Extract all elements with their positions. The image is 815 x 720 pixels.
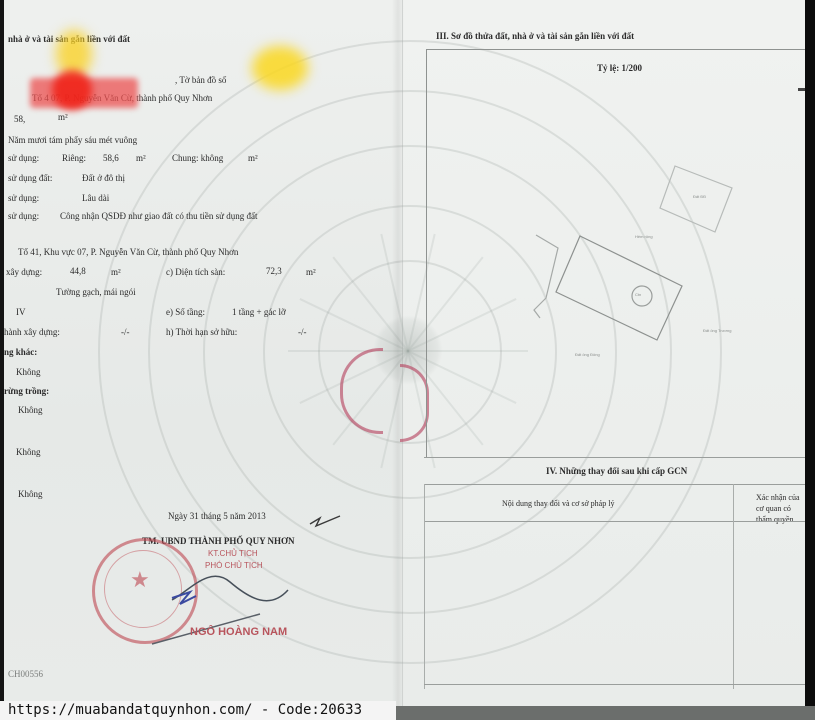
use-form-label: sử dụng:: [8, 153, 39, 163]
notes-value: Không: [18, 489, 43, 499]
floor-area-label: c) Diện tích sàn:: [166, 267, 225, 277]
house-address: Tổ 41, Khu vực 07, P. Nguyễn Văn Cừ, thà…: [18, 247, 238, 257]
build-year-value: -/-: [121, 327, 130, 337]
redaction-mark: [52, 70, 92, 110]
table-header-changes: Nội dung thay đổi và cơ sở pháp lý: [502, 499, 614, 508]
floors-value: 1 tầng + gác lỡ: [232, 307, 286, 317]
table-bottom-border: [424, 684, 805, 685]
grade-value: IV: [16, 307, 26, 317]
certificate-photo: nhà ở và tài sản gắn liền với đất , Tờ b…: [0, 0, 805, 706]
table-top-border: [424, 484, 805, 485]
signature-icon: [150, 570, 310, 650]
ownership-term-value: -/-: [298, 327, 307, 337]
section-3-title: III. Sơ đồ thửa đất, nhà ở và tài sản gắ…: [436, 31, 634, 41]
land-purpose-value: Đất ở đô thị: [82, 173, 125, 183]
north-arrow-icon: [798, 88, 805, 91]
neighbor-parcel-outline: [660, 166, 732, 232]
redaction-mark: [252, 46, 308, 90]
area-in-words: Năm mươi tám phẩy sáu mét vuông: [8, 135, 137, 145]
photo-border-right: [805, 0, 815, 720]
origin-label: sử dụng:: [8, 211, 39, 221]
use-form-private-label: Riêng:: [62, 153, 86, 163]
photo-border-left: [0, 0, 4, 706]
watermark-url: https://muabandatquynhon.com/ - Code:206…: [0, 701, 396, 720]
land-parcel-outline: [556, 236, 682, 340]
drum-ray: [288, 350, 408, 352]
planted-forest-value: Không: [18, 405, 43, 415]
building-area-value: 44,8: [70, 266, 86, 276]
svg-text:Đất ông Trương: Đất ông Trương: [703, 328, 731, 333]
perennial-value: Không: [16, 447, 41, 457]
date-check-mark-icon: [300, 510, 350, 530]
structure-value: Tường gạch, mái ngói: [56, 287, 136, 297]
use-form-private-unit: m²: [136, 153, 146, 163]
svg-text:Ctn: Ctn: [635, 292, 641, 297]
signer-title-1: KT.CHỦ TỊCH: [208, 549, 258, 558]
scale-label: Tỷ lệ: 1/200: [597, 63, 642, 73]
other-construction-label: ng khác:: [4, 347, 37, 357]
use-form-private-value: 58,6: [103, 153, 119, 163]
svg-text:Đất ông Đông: Đất ông Đông: [575, 352, 600, 357]
floors-label: e) Số tầng:: [166, 307, 205, 317]
signer-title-2: PHÓ CHỦ TỊCH: [205, 561, 263, 570]
table-header-divider: [424, 521, 805, 522]
use-form-shared-label: Chung: không: [172, 153, 223, 163]
signing-date: Ngày 31 tháng 5 năm 2013: [168, 511, 266, 521]
table-column-divider: [733, 484, 734, 689]
area-value: 58,: [14, 114, 25, 124]
diagram-bottom-border: [424, 457, 805, 458]
section-4-title: IV. Những thay đổi sau khi cấp GCN: [546, 466, 687, 476]
area-unit: m²: [58, 112, 68, 122]
map-sheet-label: , Tờ bản đồ số: [175, 75, 226, 85]
origin-value: Công nhận QSDĐ như giao đất có thu tiền …: [60, 211, 258, 221]
use-term-value: Lâu dài: [82, 193, 109, 203]
other-construction-value: Không: [16, 367, 41, 377]
plot-diagram: Ctn Đất ĐĐ Hẻm rộng Đất ông Trương Đất ô…: [520, 140, 800, 370]
svg-text:Hẻm rộng: Hẻm rộng: [635, 234, 653, 239]
land-purpose-label: sử dụng đất:: [8, 173, 52, 183]
planted-forest-label: rừng trồng:: [4, 386, 49, 396]
build-year-label: hành xây dựng:: [4, 327, 60, 337]
use-form-shared-unit: m²: [248, 153, 258, 163]
signer-name: NGÔ HOÀNG NAM: [190, 626, 287, 638]
ownership-term-label: h) Thời hạn sở hữu:: [166, 327, 237, 337]
page-fold: [392, 0, 404, 706]
building-area-label: xây dựng:: [6, 267, 42, 277]
floor-area-unit: m²: [306, 267, 316, 277]
star-emblem-icon: ★: [130, 567, 150, 593]
table-left-border: [424, 484, 425, 689]
floor-area-value: 72,3: [266, 266, 282, 276]
photo-border-bottom: [396, 706, 815, 720]
use-term-label: sử dụng:: [8, 193, 39, 203]
registry-number: CH00556: [8, 669, 43, 679]
svg-text:Đất ĐĐ: Đất ĐĐ: [693, 194, 706, 199]
building-area-unit: m²: [111, 267, 121, 277]
